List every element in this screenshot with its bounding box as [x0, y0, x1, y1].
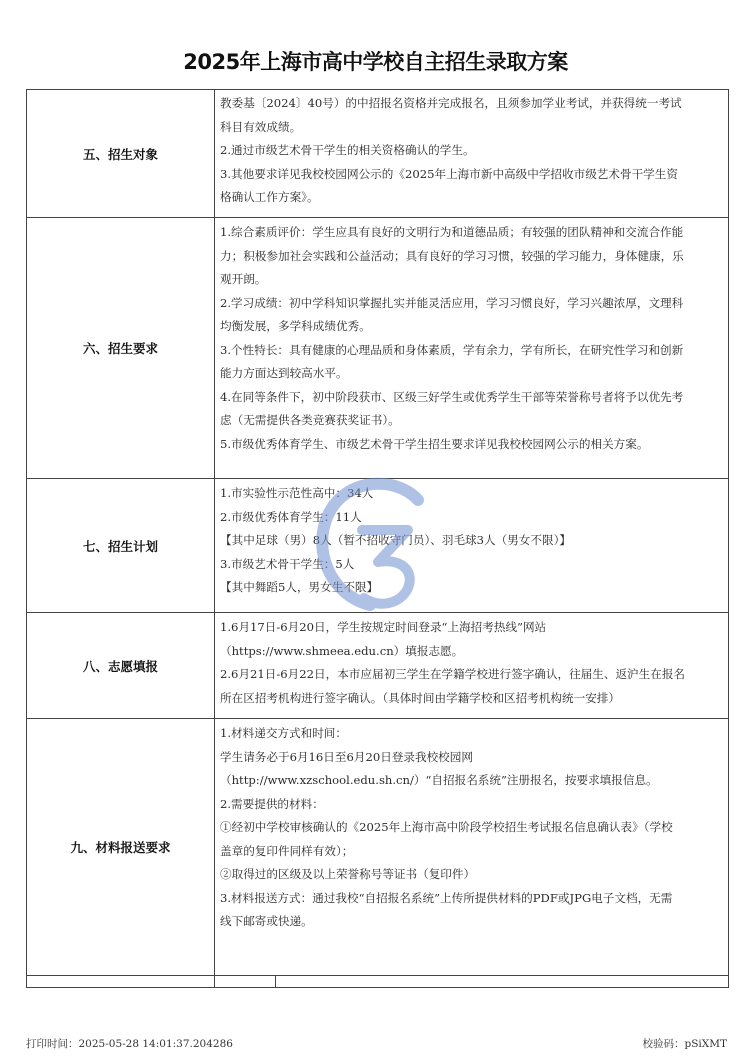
- section-label: 五、招生对象: [27, 90, 215, 217]
- content-line: 均衡发展，多学科成绩优秀。: [220, 315, 724, 339]
- content-line: 3.其他要求详见我校校园网公示的《2025年上海市新中高级中学招收市级艺术骨干学…: [220, 163, 724, 187]
- admission-table: 五、招生对象 教委基〔2024〕40号）的中招报名资格并完成报名，且须参加学业考…: [26, 89, 729, 988]
- content-line: 5.市级优秀体育学生、市级艺术骨干学生招生要求详见我校校园网公示的相关方案。: [220, 433, 724, 457]
- content-line: 教委基〔2024〕40号）的中招报名资格并完成报名，且须参加学业考试，并获得统一…: [220, 92, 724, 116]
- content-line: 力；积极参加社会实践和公益活动；具有良好的学习习惯，较强的学习能力，身体健康，乐: [220, 245, 724, 269]
- section-row-enrollment-requirements: 六、招生要求 1.综合素质评价：学生应具有良好的文明行为和道德品质；有较强的团队…: [27, 218, 728, 479]
- content-line: 3.个性特长：具有健康的心理品质和身体素质，学有余力，学有所长，在研究性学习和创…: [220, 339, 724, 363]
- content-line: 2.市级优秀体育学生：11人: [220, 506, 724, 530]
- content-line: （http://www.xzschool.edu.sh.cn/）“自招报名系统”…: [220, 769, 724, 793]
- empty-table-row: [27, 976, 728, 988]
- section-row-material-submission: 九、材料报送要求 1.材料递交方式和时间： 学生请务必于6月16日至6月20日登…: [27, 719, 728, 976]
- section-label: 九、材料报送要求: [27, 719, 215, 975]
- section-content: 教委基〔2024〕40号）的中招报名资格并完成报名，且须参加学业考试，并获得统一…: [215, 90, 728, 217]
- content-line: 2.学习成绩：初中学科知识掌握扎实并能灵活应用，学习习惯良好，学习兴趣浓厚，文理…: [220, 292, 724, 316]
- section-content: 1.市实验性示范性高中：34人 2.市级优秀体育学生：11人 【其中足球（男）8…: [215, 479, 728, 612]
- content-line: 1.综合素质评价：学生应具有良好的文明行为和道德品质；有较强的团队精神和交流合作…: [220, 221, 724, 245]
- content-line: 格确认工作方案》。: [220, 186, 724, 210]
- content-line: 【其中足球（男）8人（暂不招收守门员）、羽毛球3人（男女不限）】: [220, 529, 724, 553]
- section-row-application-filling: 八、志愿填报 1.6月17日-6月20日，学生按规定时间登录“上海招考热线”网站…: [27, 613, 728, 719]
- content-line: 虑（无需提供各类竞赛获奖证书）。: [220, 409, 724, 433]
- section-content: 1.材料递交方式和时间： 学生请务必于6月16日至6月20日登录我校校园网 （h…: [215, 719, 728, 975]
- content-line: 线下邮寄或快递。: [220, 910, 724, 934]
- content-line: 2.通过市级艺术骨干学生的相关资格确认的学生。: [220, 139, 724, 163]
- content-line: 1.材料递交方式和时间：: [220, 722, 724, 746]
- content-line: 2.需要提供的材料：: [220, 793, 724, 817]
- check-code: 校验码：pSiXMT: [642, 1036, 727, 1051]
- content-line: ②取得过的区级及以上荣誉称号等证书（复印件）: [220, 863, 724, 887]
- content-line: 学生请务必于6月16日至6月20日登录我校校园网: [220, 746, 724, 770]
- section-row-enrollment-target: 五、招生对象 教委基〔2024〕40号）的中招报名资格并完成报名，且须参加学业考…: [27, 90, 728, 218]
- section-row-enrollment-plan: 七、招生计划 1.市实验性示范性高中：34人 2.市级优秀体育学生：11人 【其…: [27, 479, 728, 613]
- empty-cell: [215, 976, 276, 987]
- section-label: 六、招生要求: [27, 218, 215, 478]
- content-line: （https://www.shmeea.edu.cn）填报志愿。: [220, 640, 724, 664]
- content-line: 所在区招考机构进行签字确认。（具体时间由学籍学校和区招考机构统一安排）: [220, 687, 724, 711]
- content-line: 能力方面达到较高水平。: [220, 362, 724, 386]
- section-content: 1.6月17日-6月20日，学生按规定时间登录“上海招考热线”网站 （https…: [215, 613, 728, 718]
- content-line: 1.市实验性示范性高中：34人: [220, 482, 724, 506]
- document-title: 2025年上海市高中学校自主招生录取方案: [0, 46, 751, 76]
- print-time: 打印时间：2025-05-28 14:01:37.204286: [26, 1036, 233, 1051]
- empty-cell: [27, 976, 215, 987]
- section-label: 七、招生计划: [27, 479, 215, 612]
- content-line: 科目有效成绩。: [220, 116, 724, 140]
- content-line: 3.材料报送方式：通过我校“自招报名系统”上传所提供材料的PDF或JPG电子文档…: [220, 887, 724, 911]
- content-line: 观开朗。: [220, 268, 724, 292]
- content-line: 盖章的复印件同样有效）；: [220, 840, 724, 864]
- content-line: ①经初中学校审核确认的《2025年上海市高中阶段学校招生考试报名信息确认表》（学…: [220, 816, 724, 840]
- content-line: 4.在同等条件下，初中阶段获市、区级三好学生或优秀学生干部等荣誉称号者将予以优先…: [220, 386, 724, 410]
- content-line: 1.6月17日-6月20日，学生按规定时间登录“上海招考热线”网站: [220, 616, 724, 640]
- empty-cell: [276, 976, 728, 987]
- content-line: 2.6月21日-6月22日，本市应届初三学生在学籍学校进行签字确认，往届生、返沪…: [220, 663, 724, 687]
- content-line: 3.市级艺术骨干学生：5人: [220, 553, 724, 577]
- content-line: 【其中舞蹈5人，男女生不限】: [220, 576, 724, 600]
- section-content: 1.综合素质评价：学生应具有良好的文明行为和道德品质；有较强的团队精神和交流合作…: [215, 218, 728, 478]
- section-label: 八、志愿填报: [27, 613, 215, 718]
